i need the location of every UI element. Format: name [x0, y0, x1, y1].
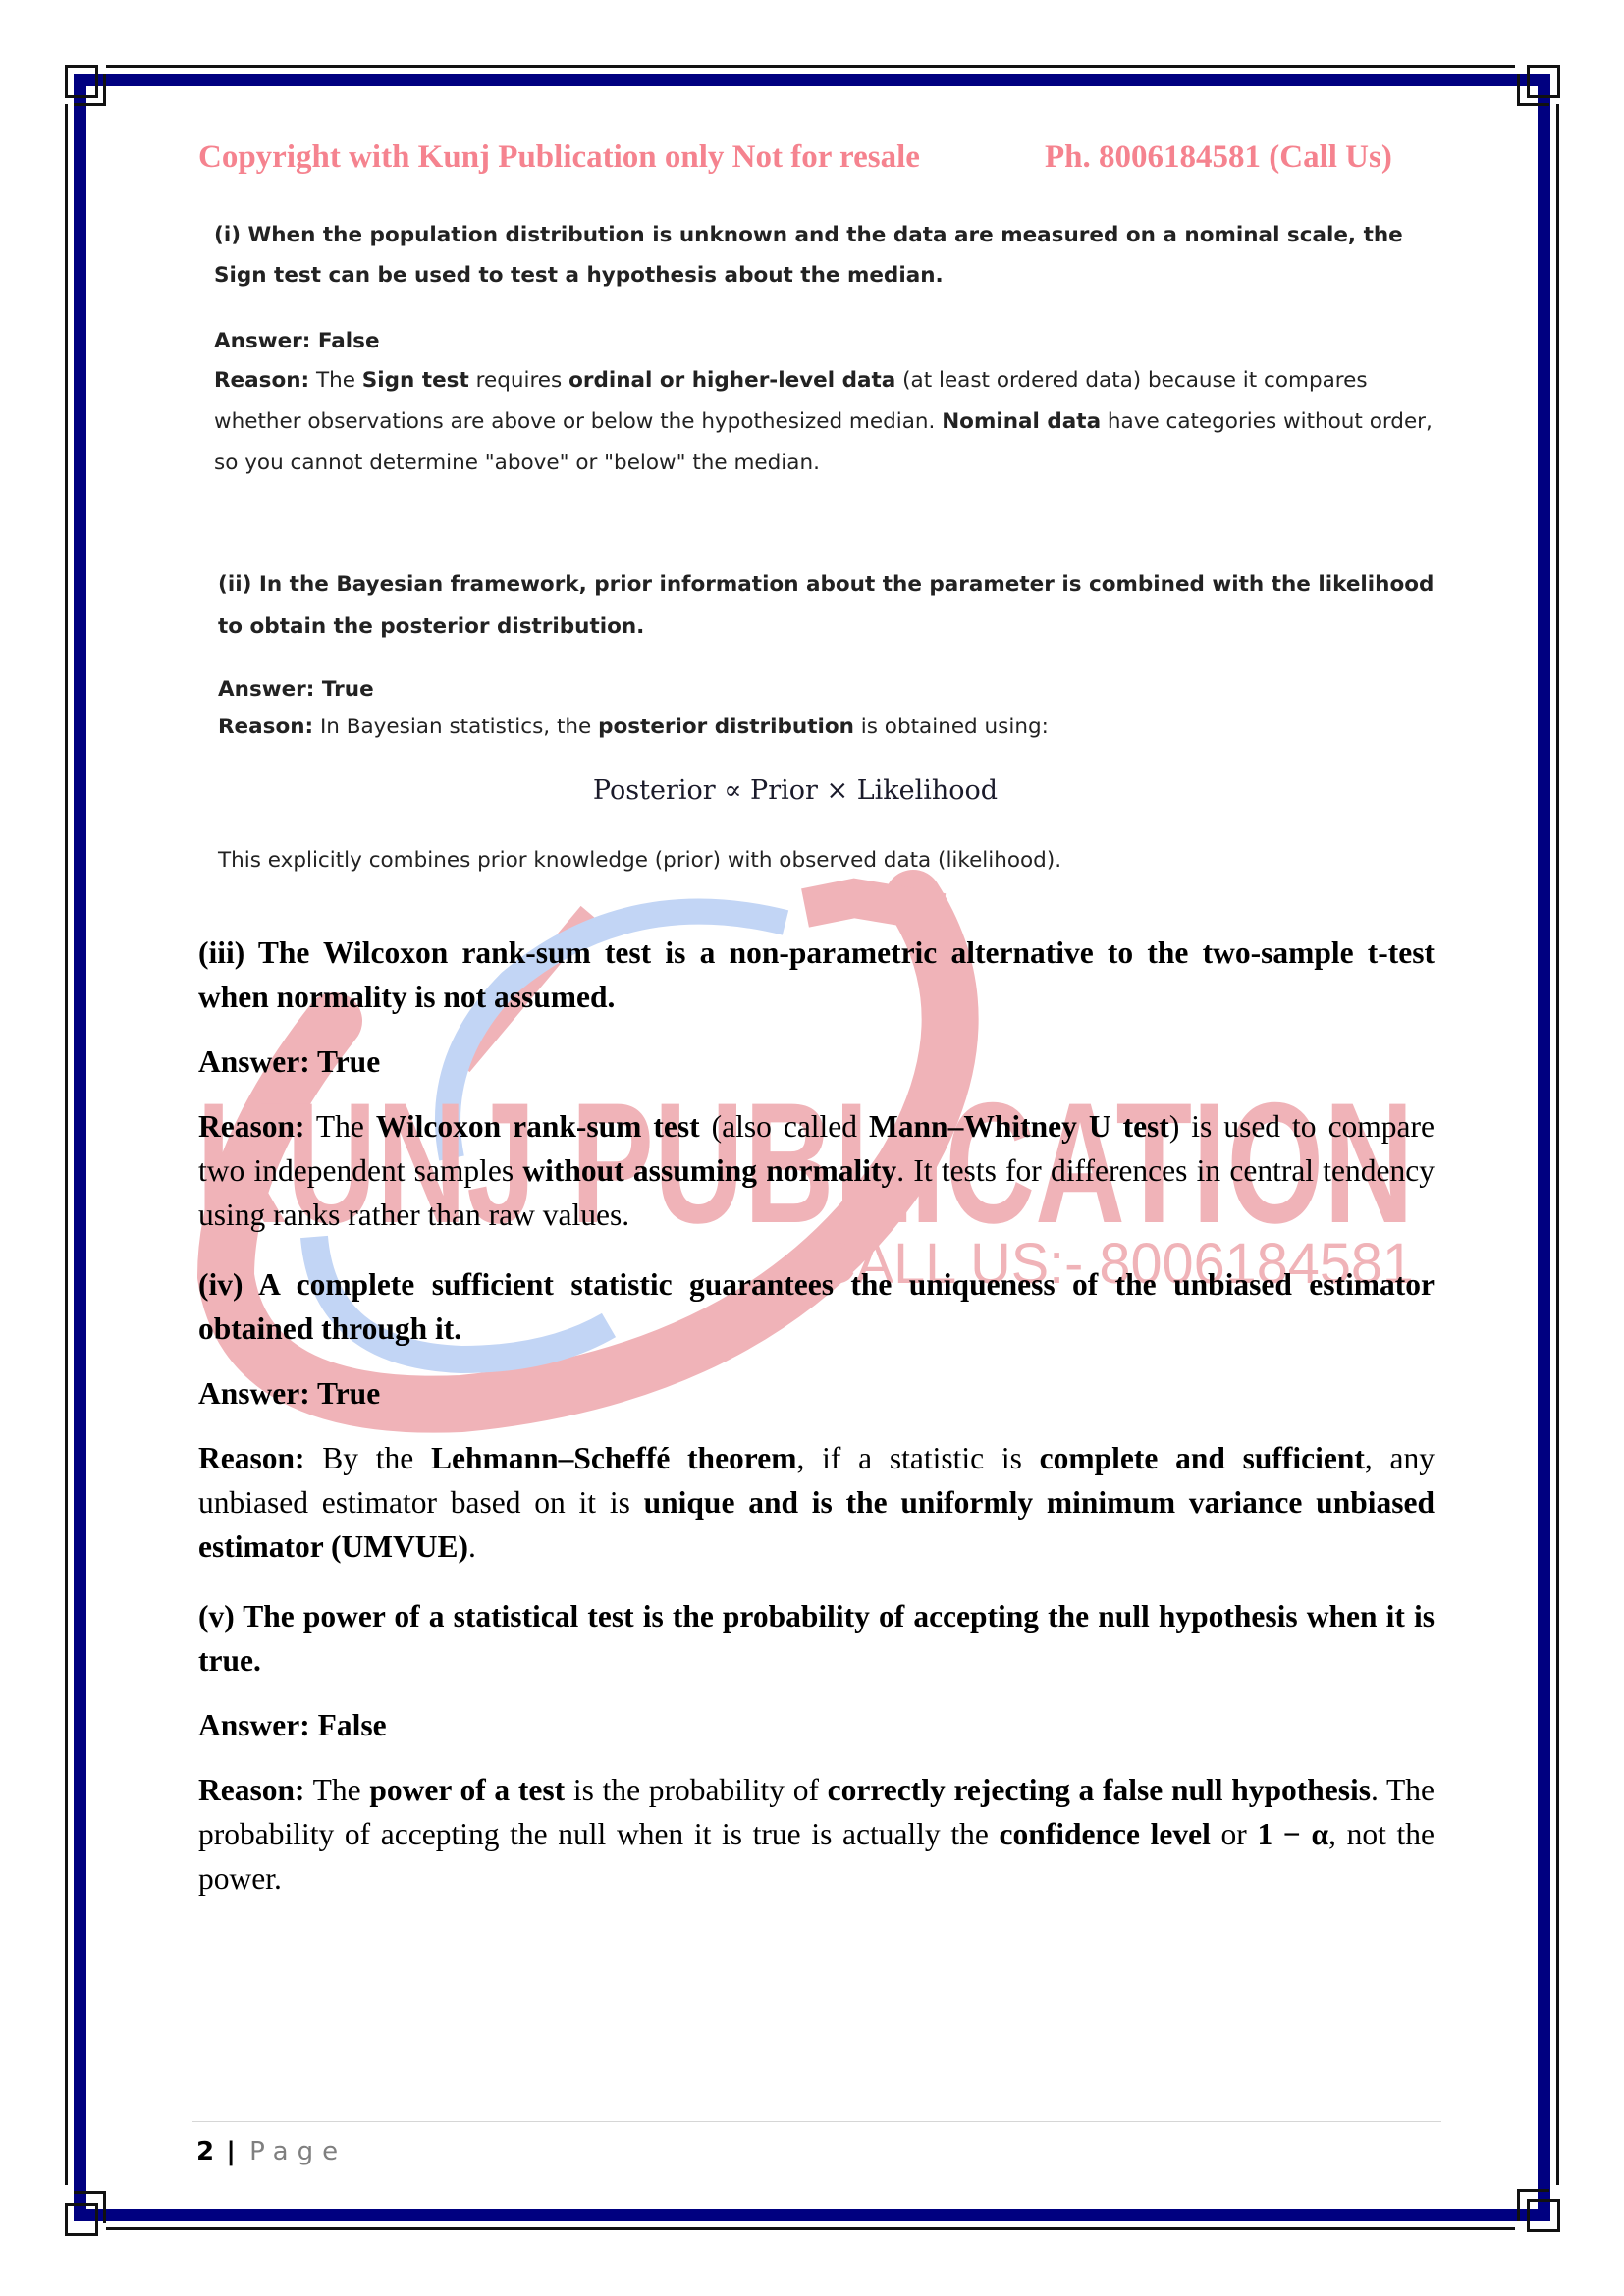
- emphasis-text: confidence level: [1000, 1817, 1211, 1851]
- corner-ornament-tr-2: [1517, 74, 1549, 106]
- corner-ornament-tl-2: [74, 74, 106, 106]
- border-band-top: [74, 74, 1550, 86]
- answer-i-block: Answer: False Reason: The Sign test requ…: [214, 327, 1441, 484]
- emphasis-text: posterior distribution: [598, 715, 854, 739]
- emphasis-text: correctly rejecting a false null hypothe…: [828, 1773, 1371, 1807]
- border-band-right: [1538, 74, 1550, 2221]
- question-iii-block: (iii) The Wilcoxon rank-sum test is a no…: [198, 931, 1435, 1237]
- page-footer: 2 | Page: [196, 2137, 347, 2166]
- page-separator: |: [226, 2137, 236, 2166]
- border-outer-line-left: [65, 104, 68, 2185]
- body-text: or: [1211, 1817, 1258, 1851]
- emphasis-text: Lehmann–Scheffé theorem: [431, 1441, 796, 1475]
- phone-text: Ph. 8006184581 (Call Us): [1045, 139, 1392, 176]
- emphasis-text: complete and sufficient: [1040, 1441, 1365, 1475]
- border-outer-line-top: [106, 65, 1515, 68]
- reason-ii-text: In Bayesian statistics, the posterior di…: [313, 715, 1049, 739]
- reason-iii-text: The Wilcoxon rank-sum test (also called …: [198, 1109, 1435, 1232]
- copyright-text: Copyright with Kunj Publication only Not…: [198, 139, 920, 175]
- border-band-bottom: [74, 2209, 1550, 2221]
- answer-iii: Answer: True: [198, 1040, 1435, 1084]
- emphasis-text: 1 − α: [1257, 1817, 1328, 1851]
- body-text: The: [309, 368, 362, 393]
- reason-ii-label: Reason:: [218, 715, 313, 739]
- corner-ornament-bl-2: [74, 2191, 106, 2223]
- border-outer-line-right: [1556, 104, 1559, 2185]
- question-i-text: (i) When the population distribution is …: [214, 215, 1441, 295]
- body-text: The: [305, 1109, 376, 1144]
- emphasis-text: power of a test: [369, 1773, 565, 1807]
- question-iv-block: (iv) A complete sufficient statistic gua…: [198, 1262, 1435, 1569]
- reason-iv-text: By the Lehmann–Scheffé theorem, if a sta…: [198, 1441, 1435, 1564]
- body-text: In Bayesian statistics, the: [313, 715, 598, 739]
- reason-iv: Reason: By the Lehmann–Scheffé theorem, …: [198, 1436, 1435, 1569]
- reason-iii-label: Reason:: [198, 1109, 305, 1144]
- question-ii-block: (ii) In the Bayesian framework, prior in…: [218, 563, 1445, 648]
- bayes-formula: Posterior ∝ Prior × Likelihood: [550, 775, 1041, 806]
- body-text: The: [305, 1773, 370, 1807]
- body-text: (also called: [700, 1109, 869, 1144]
- reason-i-text: The Sign test requires ordinal or higher…: [214, 368, 1433, 475]
- reason-v: Reason: The power of a test is the proba…: [198, 1768, 1435, 1900]
- reason-i: Reason: The Sign test requires ordinal o…: [214, 360, 1441, 484]
- answer-ii: Answer: True: [218, 675, 1445, 705]
- header-copyright-line: Copyright with Kunj Publication only Not…: [198, 139, 1428, 176]
- border-outer-line-bottom: [106, 2227, 1515, 2230]
- footer-divider: [192, 2121, 1441, 2122]
- reason-iii: Reason: The Wilcoxon rank-sum test (also…: [198, 1104, 1435, 1237]
- emphasis-text: Wilcoxon rank-sum test: [376, 1109, 700, 1144]
- emphasis-text: Nominal data: [942, 409, 1101, 434]
- body-text: requires: [469, 368, 568, 393]
- reason-i-label: Reason:: [214, 368, 309, 393]
- page-number: 2: [196, 2137, 214, 2166]
- note-ii: This explicitly combines prior knowledge…: [218, 848, 1445, 873]
- border-band-left: [74, 74, 86, 2221]
- emphasis-text: without assuming normality: [522, 1153, 896, 1188]
- body-text: .: [468, 1529, 476, 1564]
- body-text: , if a statistic is: [796, 1441, 1039, 1475]
- question-v-block: (v) The power of a statistical test is t…: [198, 1594, 1435, 1900]
- body-text: is obtained using:: [854, 715, 1049, 739]
- reason-v-label: Reason:: [198, 1773, 305, 1807]
- question-v-text: (v) The power of a statistical test is t…: [198, 1594, 1435, 1682]
- corner-ornament-br-2: [1517, 2189, 1549, 2221]
- question-ii-text: (ii) In the Bayesian framework, prior in…: [218, 563, 1445, 648]
- emphasis-text: ordinal or higher-level data: [568, 368, 895, 393]
- note-ii-text: This explicitly combines prior knowledge…: [218, 848, 1445, 873]
- question-iv-text: (iv) A complete sufficient statistic gua…: [198, 1262, 1435, 1351]
- reason-v-text: The power of a test is the probability o…: [198, 1773, 1435, 1896]
- emphasis-text: Mann–Whitney U test: [869, 1109, 1169, 1144]
- body-text: By the: [305, 1441, 432, 1475]
- answer-ii-block: Answer: True Reason: In Bayesian statist…: [218, 675, 1445, 748]
- page-label: Page: [249, 2137, 347, 2166]
- body-text: is the probability of: [565, 1773, 828, 1807]
- reason-ii: Reason: In Bayesian statistics, the post…: [218, 707, 1445, 748]
- answer-iv: Answer: True: [198, 1371, 1435, 1415]
- answer-i: Answer: False: [214, 327, 1441, 356]
- question-i-block: (i) When the population distribution is …: [214, 215, 1441, 295]
- reason-iv-label: Reason:: [198, 1441, 305, 1475]
- emphasis-text: Sign test: [362, 368, 469, 393]
- question-iii-text: (iii) The Wilcoxon rank-sum test is a no…: [198, 931, 1435, 1019]
- answer-v: Answer: False: [198, 1703, 1435, 1747]
